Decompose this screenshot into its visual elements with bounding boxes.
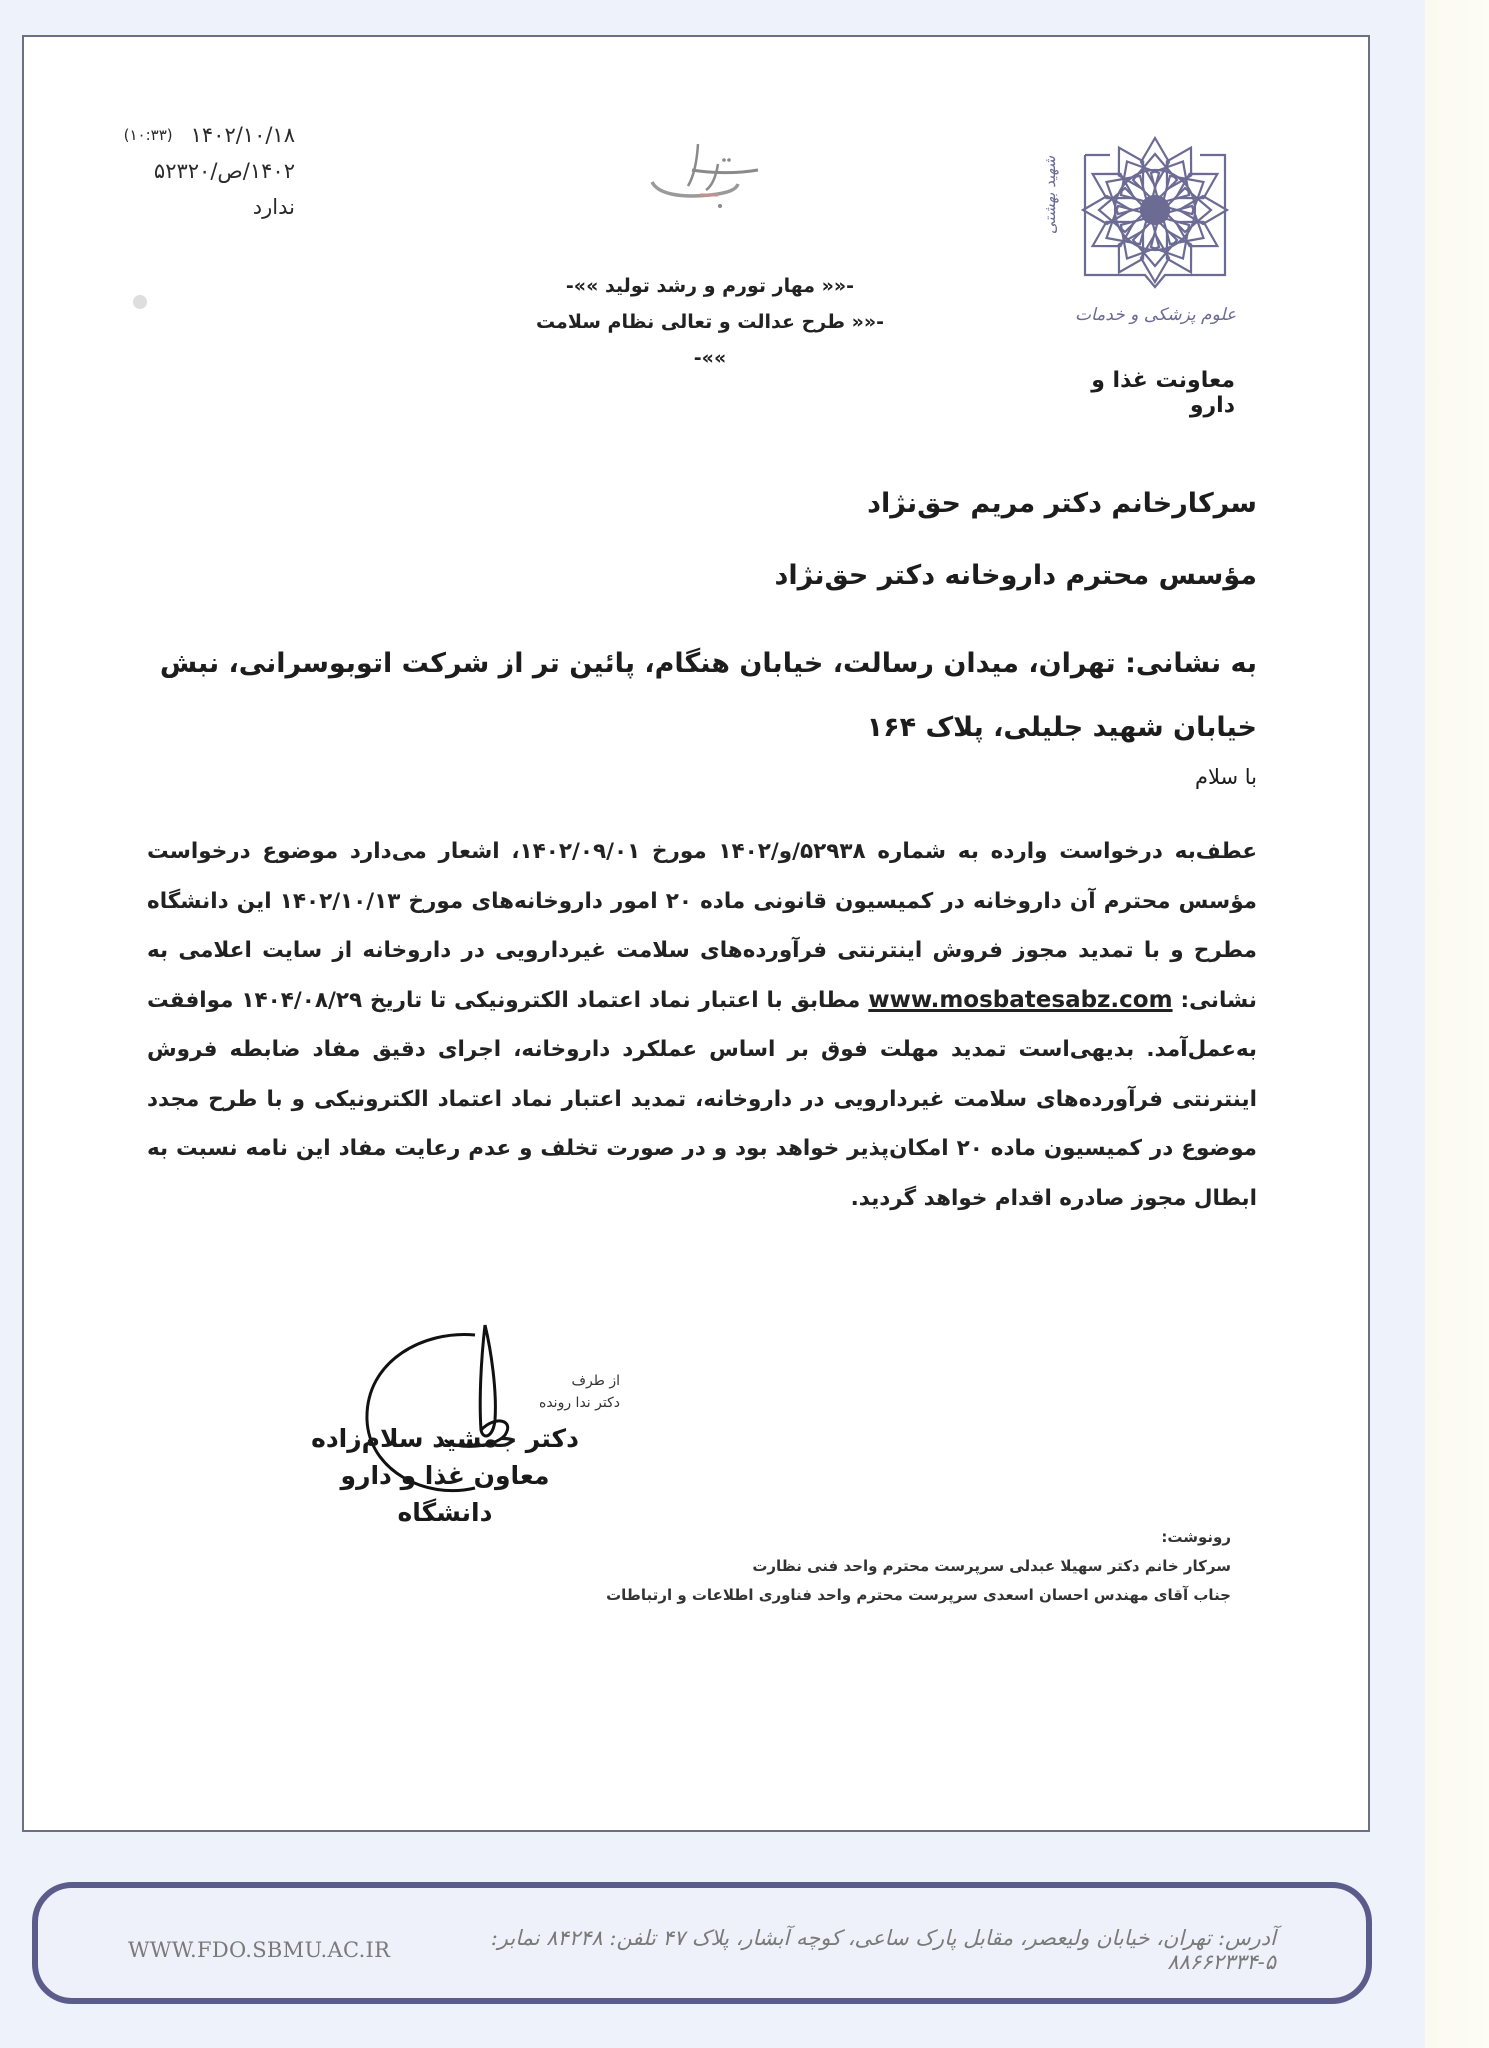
on-behalf-line-1: از طرف xyxy=(520,1370,620,1392)
letter-attachment: ندارد xyxy=(253,189,295,225)
greeting: با سلام xyxy=(857,765,1257,789)
letter-date: ۱۴۰۲/۱۰/۱۸ xyxy=(191,117,295,153)
basmala-icon xyxy=(640,140,770,215)
letterhead-footer: WWW.FDO.SBMU.AC.IR آدرس: تهران، خیابان و… xyxy=(32,1882,1372,2004)
recipient-address: به نشانی: تهران، میدان رسالت، خیابان هنگ… xyxy=(147,632,1257,760)
recipient-name: سرکارخانم دکتر مریم حق‌نژاد xyxy=(357,488,1257,519)
cc-list: رونوشت: سرکار خانم دکتر سهیلا عبدلی سرپر… xyxy=(531,1523,1231,1610)
slogans: -«« مهار تورم و رشد تولید »»- -«« طرح عد… xyxy=(520,268,900,376)
on-behalf-line-2: دکتر ندا رونده xyxy=(520,1392,620,1414)
letter-time: (۱۰:۳۳) xyxy=(124,117,173,153)
recipient-title: مؤسس محترم داروخانه دکتر حق‌نژاد xyxy=(357,560,1257,591)
date-row: (۱۰:۳۳) ۱۴۰۲/۱۰/۱۸ xyxy=(40,117,295,153)
on-behalf-note: از طرف دکتر ندا رونده xyxy=(520,1370,620,1414)
signatory-name: دکتر جمشید سلام‌زاده xyxy=(305,1420,585,1457)
number-row: ۱۴۰۲/ص/۵۲۳۲۰ xyxy=(40,153,295,189)
university-logo: دانشگاه علوم پزشکی و خدمات شهید بهشتی xyxy=(995,115,1240,345)
footer-address: آدرس: تهران، خیابان ولیعصر، مقابل پارک س… xyxy=(390,1926,1276,1974)
pharmacy-website-link[interactable]: www.mosbatesabz.com xyxy=(868,987,1172,1013)
footer-website[interactable]: WWW.FDO.SBMU.AC.IR xyxy=(128,1938,390,1962)
attachment-row: ندارد xyxy=(40,189,295,225)
signatory-title: معاون غذا و دارو دانشگاه xyxy=(305,1457,585,1531)
body-part-2: مطابق با اعتبار نماد اعتماد الکترونیکی ت… xyxy=(147,988,1257,1211)
rosette-logo-icon: دانشگاه علوم پزشکی و خدمات شهید بهشتی xyxy=(995,115,1240,345)
department-name: معاونت غذا و دارو xyxy=(1040,368,1235,418)
letter-meta: (۱۰:۳۳) ۱۴۰۲/۱۰/۱۸ ۱۴۰۲/ص/۵۲۳۲۰ ندارد xyxy=(40,117,295,225)
footer-row: WWW.FDO.SBMU.AC.IR آدرس: تهران، خیابان و… xyxy=(128,1926,1276,1974)
letter-body: عطف‌به درخواست وارده به شماره ۵۲۹۳۸/و/۱۴… xyxy=(147,827,1257,1223)
signatory: دکتر جمشید سلام‌زاده معاون غذا و دارو دا… xyxy=(305,1420,585,1531)
university-name: دانشگاه علوم پزشکی و خدمات xyxy=(1075,304,1240,325)
slogan-2: -«« طرح عدالت و تعالی نظام سلامت »»- xyxy=(520,304,900,376)
cc-item: سرکار خانم دکتر سهیلا عبدلی سرپرست محترم… xyxy=(531,1552,1231,1581)
basmala-calligraphy xyxy=(640,140,770,215)
letter-number: ۱۴۰۲/ص/۵۲۳۲۰ xyxy=(154,153,295,189)
svg-text:شهید بهشتی: شهید بهشتی xyxy=(1041,155,1059,234)
slogan-1: -«« مهار تورم و رشد تولید »»- xyxy=(520,268,900,304)
scan-smudge xyxy=(133,295,147,309)
cc-item: جناب آقای مهندس احسان اسعدی سرپرست محترم… xyxy=(531,1581,1231,1610)
cc-label: رونوشت: xyxy=(531,1523,1231,1552)
